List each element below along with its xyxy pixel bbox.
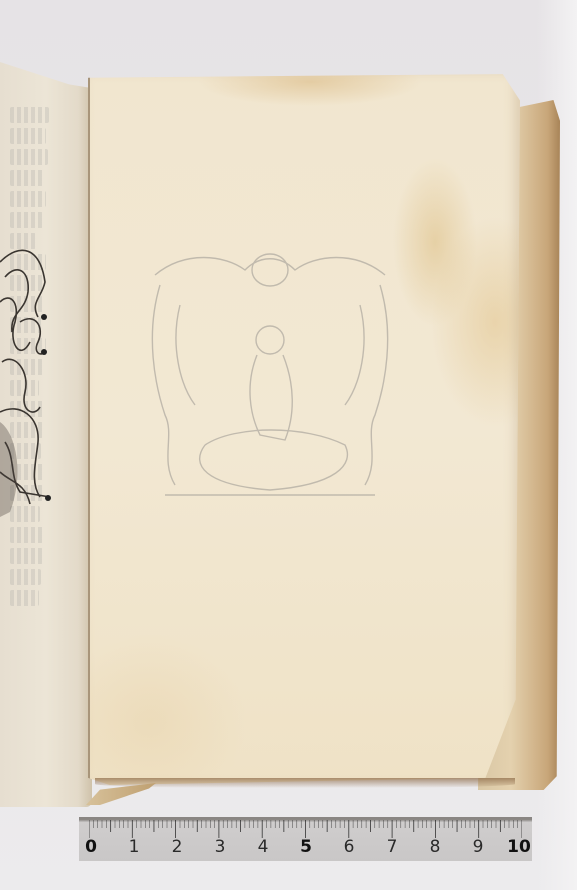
scale-ruler: 0 1 2 3 4 5 6 7 8 9 10 — [79, 817, 532, 861]
page-bottom-edge-shadow — [95, 778, 515, 788]
show-through-cartouche-icon — [145, 245, 395, 510]
woodcut-ornament-icon — [0, 242, 60, 517]
left-page — [0, 62, 92, 807]
ruler-label-6: 6 — [337, 837, 361, 857]
ruler-label-3: 3 — [208, 837, 232, 857]
ruler-label-0: 0 — [79, 837, 103, 857]
photo-scene: 0 1 2 3 4 5 6 7 8 9 10 — [0, 0, 577, 890]
ruler-ticks — [89, 820, 522, 838]
ruler-label-8: 8 — [423, 837, 447, 857]
ruler-label-4: 4 — [251, 837, 275, 857]
ruler-label-7: 7 — [380, 837, 404, 857]
ruler-labels: 0 1 2 3 4 5 6 7 8 9 10 — [79, 837, 532, 859]
ruler-label-1: 1 — [122, 837, 146, 857]
bookmark-ribbon — [86, 783, 156, 805]
ruler-label-2: 2 — [165, 837, 189, 857]
ruler-label-5: 5 — [294, 837, 318, 857]
ruler-label-10: 10 — [507, 837, 531, 857]
ruler-label-9: 9 — [466, 837, 490, 857]
